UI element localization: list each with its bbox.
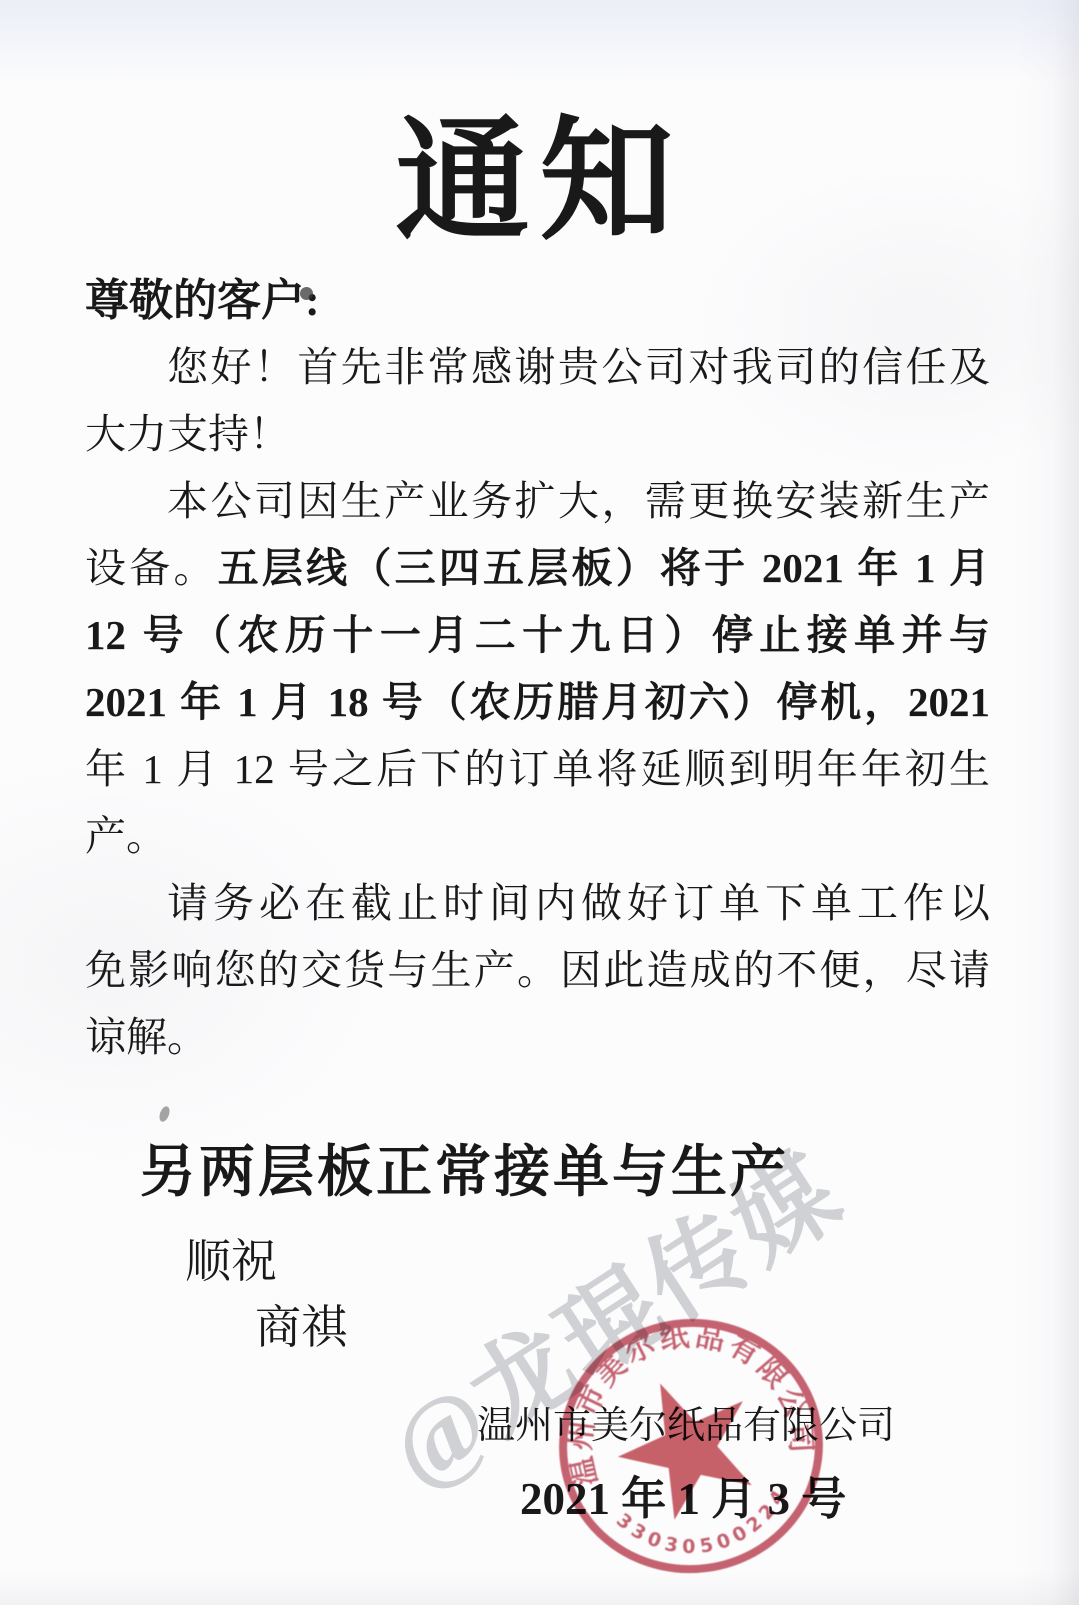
body-line: 大力支持！ (85, 401, 990, 468)
body-line-segment: 2021 年 1 月 18 号（农历腊月初六）停机，2021 (85, 679, 990, 725)
body-line-segment: 谅解。 (85, 1014, 208, 1060)
body-line: 本公司因生产业务扩大，需更换安装新生产 (85, 468, 990, 535)
company-seal: 温州市美尔纸品有限公司 3303050022420 (551, 1306, 831, 1586)
body-line: 年 1 月 12 号之后下的订单将延顺到明年年初生 (85, 736, 990, 803)
body-line-segment: 本公司因生产业务扩大，需更换安装新生产 (167, 478, 990, 524)
body-line: 12 号（农历十一月二十九日）停止接单并与 (85, 602, 990, 669)
notice-body: 尊敬的客户: 您好！首先非常感谢贵公司对我司的信任及大力支持！本公司因生产业务扩… (85, 267, 990, 1361)
body-line: 产。 (85, 803, 990, 870)
body-line: 请务必在截止时间内做好订单下单工作以 (85, 870, 990, 937)
seal-star-icon (605, 1367, 764, 1528)
notice-title: 通知 (0, 112, 1079, 253)
body-line: 免影响您的交货与生产。因此造成的不便，尽请 (85, 937, 990, 1004)
body-line-segment: 12 号（农历十一月二十九日）停止接单并与 (85, 612, 990, 658)
body-line-segment: 您好！首先非常感谢贵公司对我司的信任及 (167, 344, 990, 390)
body-line: 2021 年 1 月 18 号（农历腊月初六）停机，2021 (85, 669, 990, 736)
body-line-segment: 免影响您的交货与生产。因此造成的不便，尽请 (85, 947, 990, 993)
body-line-segment: 大力支持！ (85, 411, 290, 457)
body-line: 设备。五层线（三四五层板）将于 2021 年 1 月 (85, 535, 990, 602)
body-lines: 您好！首先非常感谢贵公司对我司的信任及大力支持！本公司因生产业务扩大，需更换安装… (85, 334, 990, 1071)
body-line-segment: 设备。 (85, 545, 218, 591)
body-line-segment: 五层线（三四五层板）将于 2021 年 1 月 (218, 545, 990, 591)
closing-heading: 另两层板正常接单与生产 (85, 1141, 990, 1205)
notice-page: 通知 尊敬的客户: 您好！首先非常感谢贵公司对我司的信任及大力支持！本公司因生产… (0, 0, 1079, 1605)
body-line: 您好！首先非常感谢贵公司对我司的信任及 (85, 334, 990, 401)
closing-wish-line-1: 顺祝 (85, 1229, 990, 1295)
ink-speck (300, 287, 313, 300)
body-line-segment: 请务必在截止时间内做好订单下单工作以 (167, 880, 990, 926)
salutation: 尊敬的客户: (85, 267, 990, 334)
body-line-segment: 产。 (85, 813, 167, 859)
closing-wish-line-2: 商祺 (85, 1295, 990, 1361)
body-line: 谅解。 (85, 1004, 990, 1071)
body-line-segment: 年 1 月 12 号之后下的订单将延顺到明年年初生 (85, 746, 990, 792)
